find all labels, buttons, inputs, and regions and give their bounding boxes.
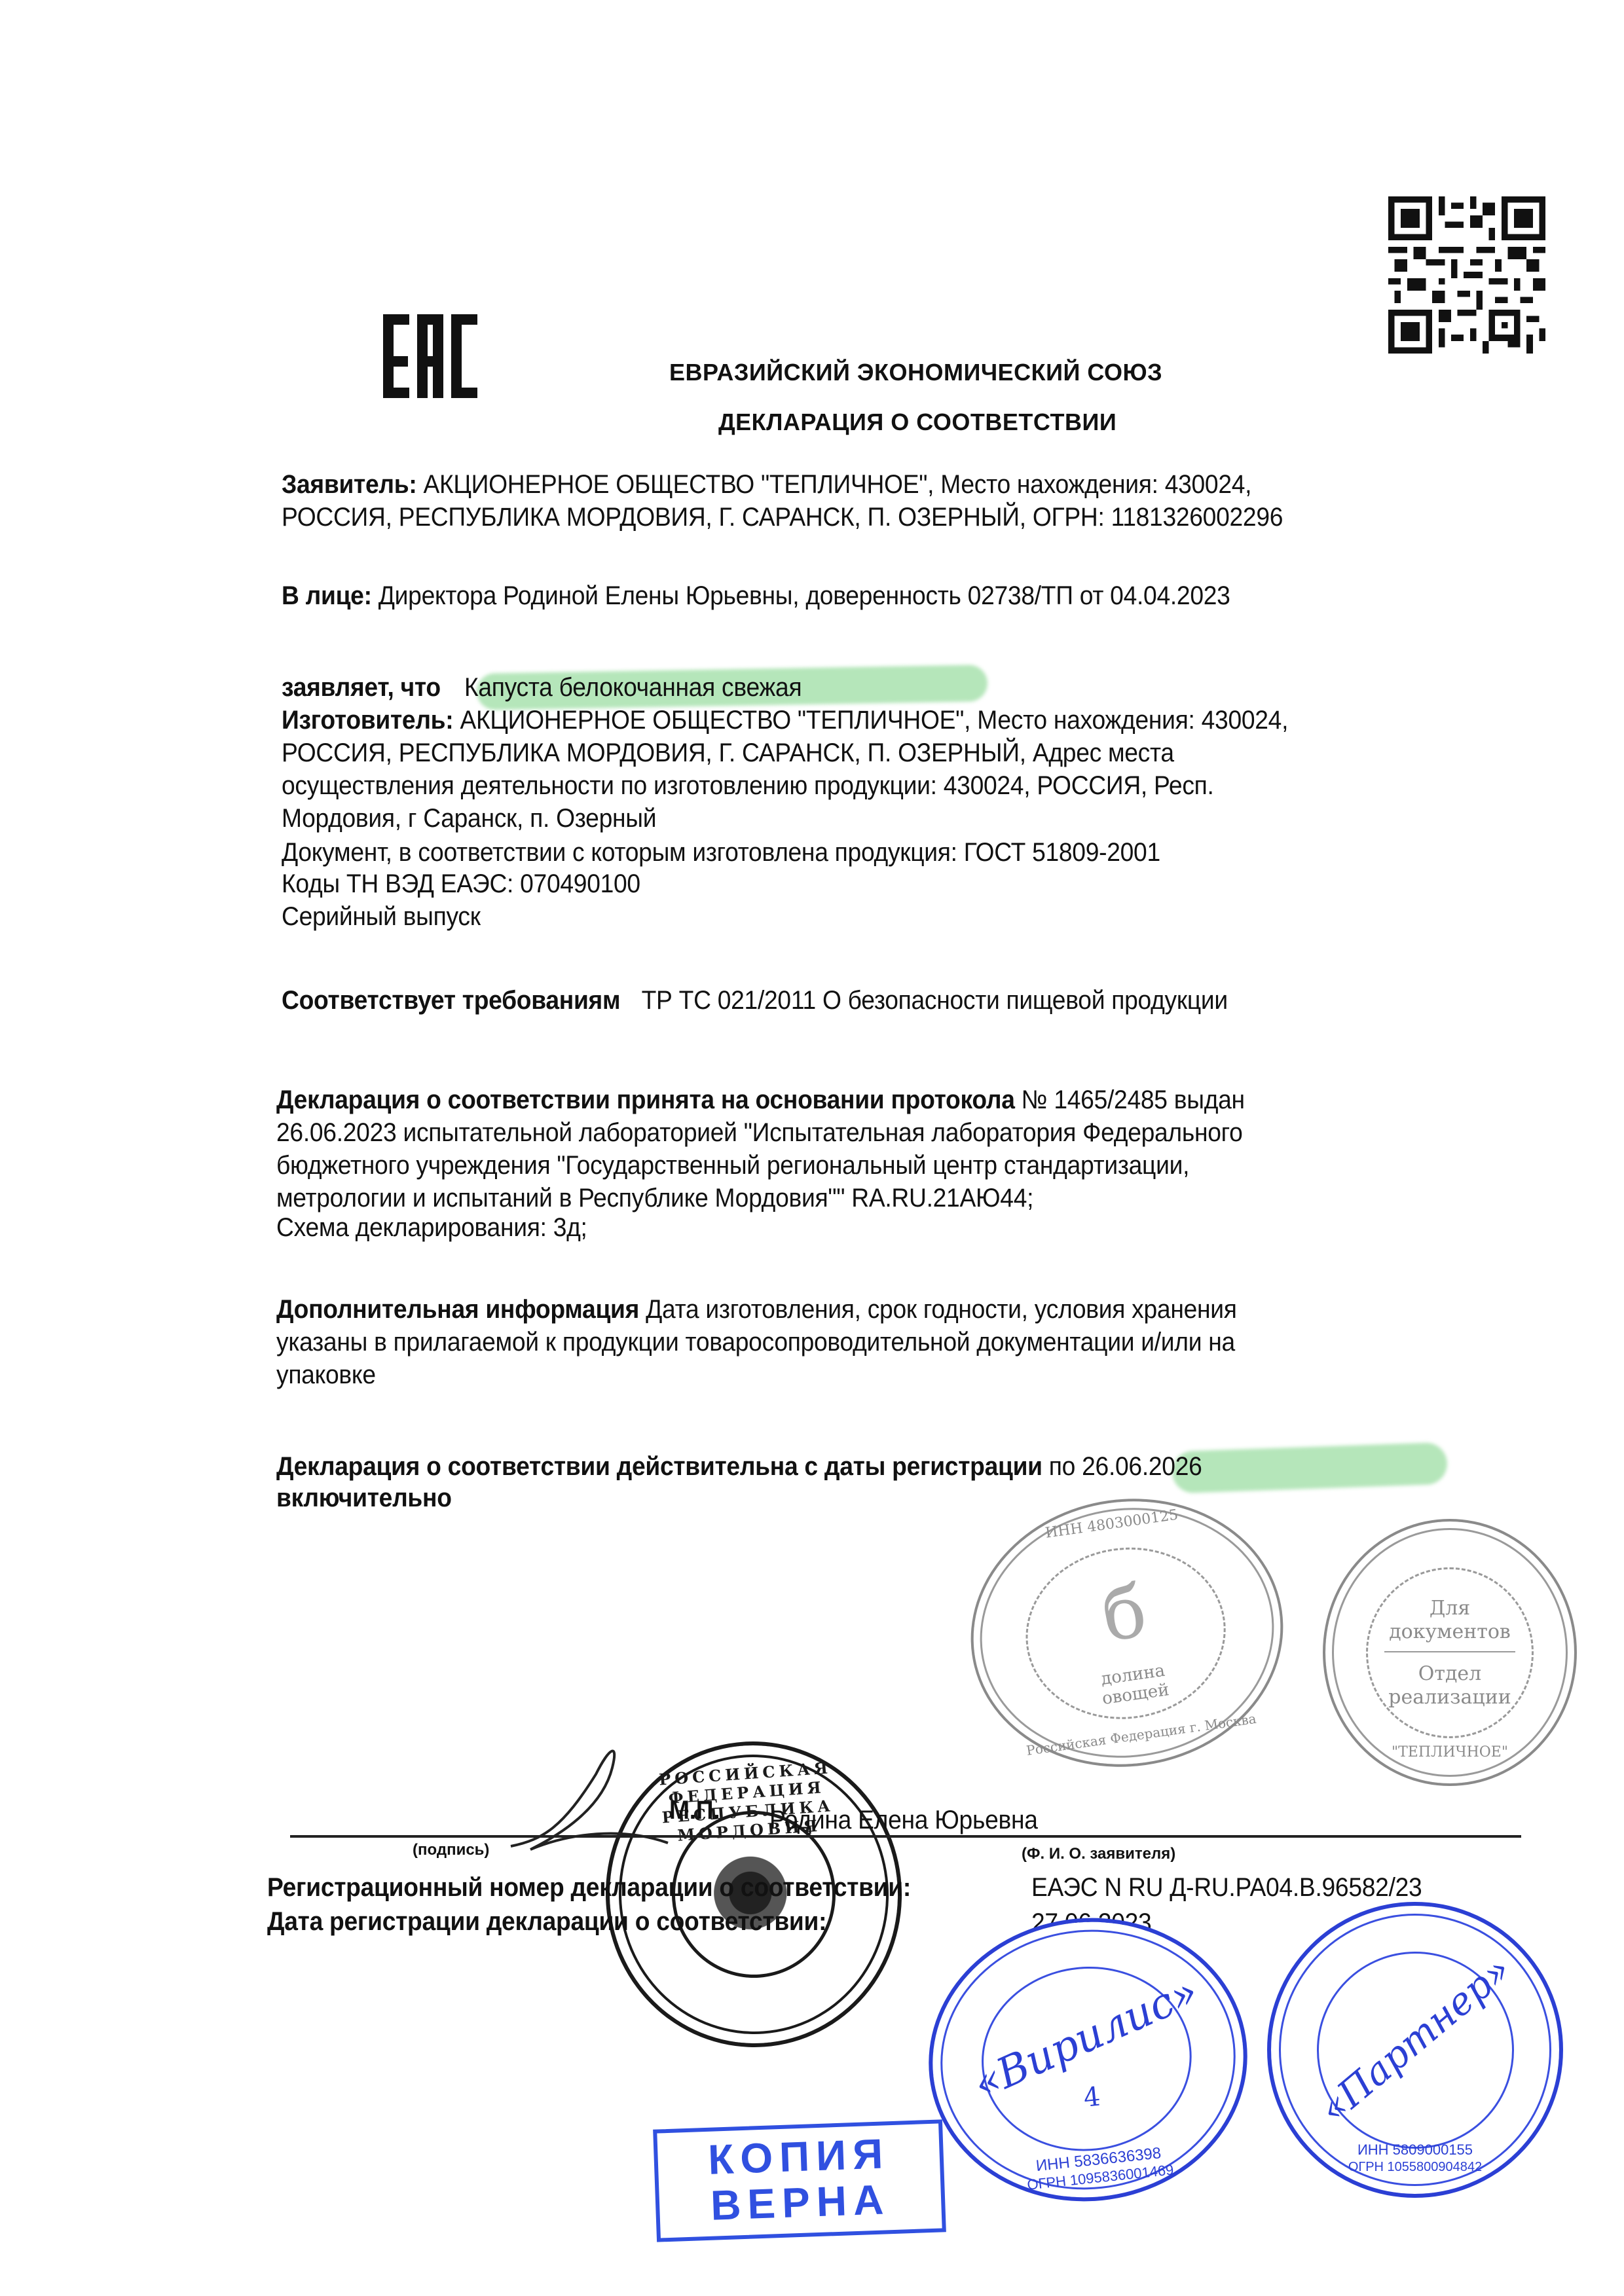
applicant-value: АКЦИОНЕРНОЕ ОБЩЕСТВО "ТЕПЛИЧНОЕ", Место … [416, 470, 1251, 499]
basis-label: Декларация о соответствии принята на осн… [276, 1085, 1015, 1114]
applicant-line-2: РОССИЯ, РЕСПУБЛИКА МОРДОВИЯ, Г. САРАНСК,… [282, 501, 1283, 534]
manufacturer-label: Изготовитель: [282, 706, 453, 735]
declaration-scheme: Схема декларирования: 3д; [276, 1211, 587, 1244]
copy-stamp-line-2: ВЕРНА [659, 2174, 942, 2230]
signature-caption: (подпись) [413, 1841, 489, 1859]
registration-number-value: ЕАЭС N RU Д-RU.РА04.В.96582/23 [1031, 1871, 1422, 1904]
validity-line-1: Декларация о соответствии действительна … [276, 1450, 1202, 1483]
conformity-value: ТР ТС 021/2011 О безопасности пищевой пр… [642, 986, 1228, 1015]
registration-number-label: Регистрационный номер декларации о соотв… [267, 1871, 911, 1904]
stamp-logo-icon: б [967, 1556, 1282, 1670]
eac-letter-c [451, 314, 477, 398]
mp-label: М.П. [669, 1794, 720, 1827]
manufacturer-line-3: осуществления деятельности по изготовлен… [282, 769, 1214, 802]
basis-line-3: бюджетного учреждения "Государственный р… [276, 1149, 1189, 1182]
validity-line-2: включительно [276, 1482, 452, 1514]
basis-line-2: 26.06.2023 испытательной лабораторией "И… [276, 1116, 1243, 1149]
stamp-partner: «Партнер» ИНН 5809000155 ОГРН 1055800904… [1267, 1902, 1563, 2198]
representative-value: Директора Родиной Елены Юрьевны, доверен… [372, 581, 1230, 610]
applicant-label: Заявитель: [282, 470, 416, 499]
additional-label: Дополнительная информация [276, 1295, 639, 1324]
validity-end-date: по 26.06.2026 [1049, 1452, 1202, 1481]
stamp-inner-ring [1366, 1567, 1534, 1738]
stamp-virilis: «Вирилис» 4 ИНН 5836636398 ОГРН 10958360… [915, 1903, 1261, 2217]
document-title: ДЕКЛАРАЦИЯ О СООТВЕТСТВИИ [718, 409, 1116, 436]
registration-date-label: Дата регистрации декларации о соответств… [267, 1905, 826, 1938]
stamp-center-top: Для документов [1384, 1597, 1515, 1644]
stamp-center-bottom: Отдел реализации [1384, 1662, 1515, 1709]
manufacturer-line-1: Изготовитель: АКЦИОНЕРНОЕ ОБЩЕСТВО "ТЕПЛ… [282, 704, 1288, 737]
validity-highlight [1172, 1442, 1448, 1494]
representative-label: В лице: [282, 581, 372, 610]
manufacturer-line-4: Мордовия, г Саранск, п. Озерный [282, 802, 656, 835]
manufacturer-line-2: РОССИЯ, РЕСПУБЛИКА МОРДОВИЯ, Г. САРАНСК,… [282, 737, 1174, 769]
stamp-divider [1384, 1651, 1515, 1652]
conformity-line: Соответствует требованиям ТР ТС 021/2011… [282, 984, 1228, 1017]
stamp-inn: ИНН 4803000125 [958, 1495, 1265, 1554]
release-type: Серийный выпуск [282, 900, 481, 933]
signature-scribble-icon [504, 1735, 674, 1859]
copy-certified-stamp: КОПИЯ ВЕРНА [653, 2119, 946, 2242]
applicant-line-1: Заявитель: АКЦИОНЕРНОЕ ОБЩЕСТВО "ТЕПЛИЧН… [282, 468, 1251, 501]
basis-line-4: метрологии и испытаний в Республике Морд… [276, 1182, 1033, 1214]
validity-label: Декларация о соответствии действительна … [276, 1452, 1049, 1481]
stamp-bottom-text: "ТЕПЛИЧНОЕ" [1325, 1744, 1574, 1760]
additional-line-3: упаковке [276, 1358, 376, 1391]
stamp-torgovy-dom: б долина овощей ИНН 4803000125 Российска… [953, 1479, 1301, 1787]
manufacturer-value: АКЦИОНЕРНОЕ ОБЩЕСТВО "ТЕПЛИЧНОЕ", Место … [453, 706, 1288, 735]
tn-ved-codes: Коды ТН ВЭД ЕАЭС: 070490100 [282, 867, 640, 900]
standard-document: Документ, в соответствии с которым изгот… [282, 836, 1160, 869]
basis-line-1: Декларация о соответствии принята на осн… [276, 1084, 1245, 1116]
declares-line: заявляет, что Капуста белокочанная свежа… [282, 671, 802, 704]
stamp-ogrn: ОГРН 1055800904842 [1271, 2160, 1559, 2175]
declares-label: заявляет, что [282, 673, 441, 702]
protocol-number: № 1465/2485 выдан [1015, 1085, 1245, 1114]
eac-logo [383, 314, 477, 398]
applicant-full-name: Родина Елена Юрьевна [769, 1804, 1038, 1836]
additional-line-2: указаны в прилагаемой к продукции товаро… [276, 1326, 1235, 1358]
qr-code-icon [1388, 196, 1545, 354]
stamp-teplichnoe-sales: Для документов Отдел реализации "ТЕПЛИЧН… [1323, 1519, 1577, 1786]
union-title: ЕВРАЗИЙСКИЙ ЭКОНОМИЧЕСКИЙ СОЮЗ [669, 359, 1162, 386]
representative-line: В лице: Директора Родиной Елены Юрьевны,… [282, 579, 1230, 612]
name-caption: (Ф. И. О. заявителя) [1022, 1845, 1175, 1863]
additional-value: Дата изготовления, срок годности, услови… [639, 1295, 1237, 1324]
eac-letter-e [383, 314, 409, 398]
product-name: Капуста белокочанная свежая [464, 673, 802, 702]
stamp-inn: ИНН 5809000155 [1271, 2141, 1559, 2159]
additional-line-1: Дополнительная информация Дата изготовле… [276, 1293, 1237, 1326]
conformity-label: Соответствует требованиям [282, 986, 620, 1015]
eac-letter-a [417, 314, 443, 398]
